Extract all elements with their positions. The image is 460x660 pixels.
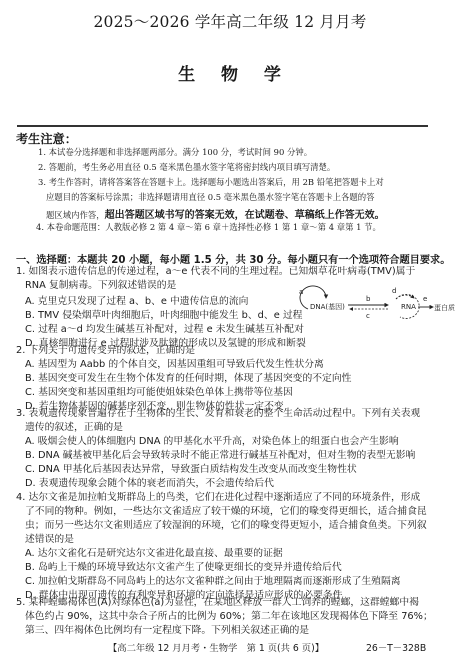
q5-stem-1: 5. 某种螳螂褐体色(A)对绿体色(a)为显性，在某地区释放一群人工饲养的螳螂，… <box>16 596 419 611</box>
svg-text:b: b <box>366 295 371 303</box>
q2-option-b: B. 基因突变可发生在生物个体发育的任何时期，体现了基因突变的不定向性 <box>25 372 351 387</box>
label-a: a <box>299 288 303 296</box>
q1-stem-2: RNA 复制病毒。下列叙述错误的是 <box>25 279 176 294</box>
node-rna: RNA <box>401 303 416 311</box>
q4-option-a: A. 达尔文雀化石是研究达尔文雀进化最直接、最重要的证据 <box>25 547 283 562</box>
q3-option-d: D. 表观遗传现象会随个体的衰老而消失，不会遗传给后代 <box>25 477 274 492</box>
q3-option-c: C. DNA 甲基化后基因表达异常，导致蛋白质结构发生改变从而改变生物性状 <box>25 463 357 478</box>
q1-option-b: B. TMV 侵染烟草叶肉细胞后，叶肉细胞中能发生 b、d、e 过程 <box>25 309 302 324</box>
q2-option-c: C. 基因突变和基因重组均可能使姐妹染色单体上携带等位基因 <box>25 386 293 401</box>
notice-item-3: 3. 考生作答时，请将答案答在答题卡上。选择题每小题选出答案后，用 2B 铅笔把… <box>38 175 384 190</box>
q2-stem: 2. 下列关于可遗传变异的叙述，正确的是 <box>16 344 195 359</box>
notice-item-3-end: 题区域内作答， <box>46 210 105 220</box>
q3-stem-2: 遗传的叙述，正确的是 <box>25 421 123 436</box>
node-dna: DNA(基因) <box>310 302 345 311</box>
label-d: d <box>392 287 396 295</box>
q3-option-b: B. DNA 碱基被甲基化后会导致转录时不能正常进行碱基互补配对，但对生物的表型… <box>25 449 415 464</box>
notice-item-4: 4. 本卷命题范围：人教版必修 2 第 4 章～第 6 章＋选择性必修 1 第 … <box>36 220 381 235</box>
q1-stem-1: 1. 如图表示遗传信息的传递过程，a～e 代表不同的生理过程。已知烟草花叶病毒(… <box>16 265 415 280</box>
exam-code: 26－T－328B <box>366 640 426 654</box>
page-footer: 【高二年级 12 月月考・生物学 第 1 页(共 6 页)】 <box>108 640 324 654</box>
q1-option-a: A. 克里克只发现了过程 a、b、e 中遗传信息的流向 <box>25 295 248 310</box>
section-heading: 一、选择题：本题共 20 小题，每小题 1.5 分，共 30 分。每小题只有一个… <box>16 251 450 266</box>
gene-expression-diagram: a DNA(基因) b c d RNA e 蛋白质 <box>296 285 456 325</box>
q5-stem-2: 体色约占 90%，这其中杂合子所占的比例为 60%；第二年在该地区发现褐体色下降… <box>25 610 433 625</box>
q1-option-c: C. 过程 a～d 均发生碱基互补配对，过程 e 未发生碱基互补配对 <box>25 323 304 338</box>
divider <box>17 125 428 127</box>
q4-stem-4: 述错误的是 <box>25 533 74 548</box>
node-protein: 蛋白质 <box>434 303 455 312</box>
q4-stem-1: 4. 达尔文雀是加拉帕戈斯群岛上的鸟类，它们在进化过程中逐渐适应了不同的环境条件… <box>16 491 420 506</box>
svg-text:c: c <box>366 312 370 320</box>
q4-option-c: C. 加拉帕戈斯群岛不同岛屿上的达尔文雀种群之间由于地理隔离而逐渐形成了生殖隔离 <box>25 575 401 590</box>
q4-option-b: B. 岛屿上干燥的环境导致达尔文雀产生了使喙更细长的变异并遗传给后代 <box>25 561 342 576</box>
q2-option-a: A. 基因型为 Aabb 的个体自交，因基因重组可导致后代发生性状分离 <box>25 358 324 373</box>
svg-text:e: e <box>423 295 427 303</box>
q4-stem-3: 虫；而另一些达尔文雀则适应了较湿润的环境，它们的喙变得更短小，适合捕食鱼类。下列… <box>25 519 427 534</box>
notice-item-2: 2. 答题前，考生务必用直径 0.5 毫米黑色墨水签字笔将密封线内项目填写清楚。 <box>38 160 335 175</box>
notice-item-1: 1. 本试卷分选择题和非选择题两部分。满分 100 分，考试时间 90 分钟。 <box>38 145 312 160</box>
subject-title: 生 物 学 <box>0 60 460 85</box>
q3-stem-1: 3. 表观遗传现象普遍存在于生物体的生长、发育和衰老的整个生命活动过程中。下列有… <box>16 407 420 422</box>
q3-option-a: A. 吸烟会使人的体细胞内 DNA 的甲基化水平升高，对染色体上的组蛋白也会产生… <box>25 435 399 450</box>
exam-title: 2025～2026 学年高二年级 12 月月考 <box>0 10 460 32</box>
q4-stem-2: 了不同的物种。例如，一些达尔文雀适应了较干燥的环境，它们的喙变得更细长，适合捕食… <box>25 505 427 520</box>
q5-stem-3: 第三、四年褐体色比例均有一定程度下降。下列相关叙述正确的是 <box>25 624 309 639</box>
